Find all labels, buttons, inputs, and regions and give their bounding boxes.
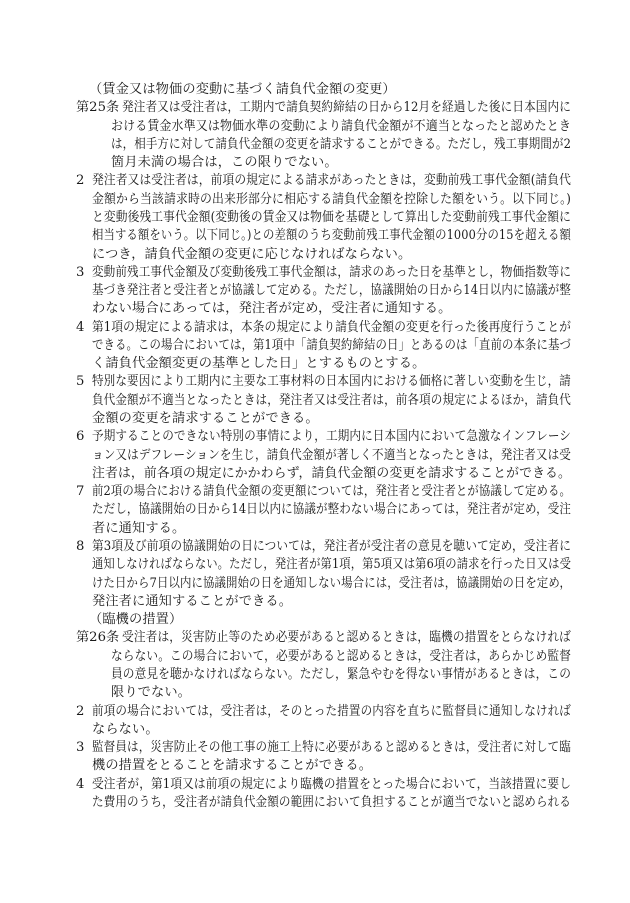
text-line: 相当する額をいう。以下同じ。)との差額のうち変動前残工事代金額の1000分の15… <box>92 227 571 245</box>
text-line: 前2項の場合における請負代金額の変更額については，発注者と受注者とが協議して定め… <box>92 483 571 501</box>
text-line: ならない。 <box>92 721 159 739</box>
text-line: けた日から7日以内に協議開始の日を通知しない場合には，受注者は，協議開始の日を定… <box>92 575 571 593</box>
text-line: おける賃金水準又は物価水準の変動により請負代金額が不適当となったと認めたとき <box>111 118 571 136</box>
paragraph-number: 5 <box>76 373 84 391</box>
text-line: 員の意見を聴かなければならない。ただし，緊急やむを得ない事情があるときは，この <box>111 666 571 684</box>
paragraph-number: 8 <box>76 538 84 556</box>
text-line: 第1項の規定による請求は，本条の規定により請負代金額の変更を行った後再度行うこと… <box>92 319 571 337</box>
article-number: 第25条 <box>76 99 119 117</box>
paragraph-number: 4 <box>76 776 84 794</box>
text-line: 監督員は，災害防止その他工事の施工上特に必要があると認めるときは，受注者に対して… <box>92 739 571 757</box>
text-line: 金額の変更を請求することができる。 <box>92 410 319 428</box>
document-page: （賃金又は物価の変動に基づく請負代金額の変更）第25条発注者又は受注者は，工期内… <box>0 0 630 903</box>
text-line: 特別な要因により工期内に主要な工事材料の日本国内における価格に著しい変動を生じ，… <box>92 373 571 391</box>
text-line: と変動後残工事代金額(変動後の賃金又は物価を基礎として算出した変動前残工事代金額… <box>92 209 571 227</box>
text-line: ただし，協議開始の日から14日以内に協議が整わない場合にあっては，発注者が定め，… <box>92 501 571 519</box>
text-line: 者に通知する。 <box>92 520 185 538</box>
paragraph-number: 2 <box>76 172 84 190</box>
text-line: 注者は，前各項の規定にかかわらず，請負代金額の変更を請求することができる。 <box>92 465 571 483</box>
text-line: できる。この場合においては，第1項中「請負契約締結の日」とあるのは「直前の本条に… <box>92 337 571 355</box>
text-line: ョン又はデフレーションを生じ，請負代金額が著しく不適当となったときは，発注者又は… <box>92 447 571 465</box>
text-line: 発注者又は受注者は，前項の規定による請求があったときは，変動前残工事代金額(請負… <box>92 172 571 190</box>
paragraph-number: 4 <box>76 319 84 337</box>
paragraph-number: 3 <box>76 264 84 282</box>
text-line: ならない。この場合において，必要があると認めるときは，受注者は，あらかじめ監督 <box>111 648 571 666</box>
text-line: た費用のうち，受注者が請負代金額の範囲において負担することが適当でないと認められ… <box>92 794 571 812</box>
text-line: 基づき発注者と受注者とが協議して定める。ただし，協議開始の日から14日以内に協議… <box>92 282 571 300</box>
article-number: 第26条 <box>76 629 119 647</box>
paragraph-number: 2 <box>76 703 84 721</box>
paragraph-number: 7 <box>76 483 84 501</box>
article-heading: （賃金又は物価の変動に基づく請負代金額の変更） <box>89 81 396 99</box>
paragraph-number: 6 <box>76 428 84 446</box>
text-line: 受注者は，災害防止等のため必要があると認めるときは，臨機の措置をとらなければ <box>122 629 571 647</box>
text-line: 変動前残工事代金額及び変動後残工事代金額は，請求のあった日を基準とし，物価指数等… <box>92 264 571 282</box>
text-line: 第3項及び前項の協議開始の日については，発注者が受注者の意見を聴いて定め，受注者… <box>92 538 571 556</box>
text-line: 限りでない。 <box>111 684 191 702</box>
text-line: 金額から当該請求時の出来形部分に相応する請負代金額を控除した額をいう。以下同じ。… <box>92 191 571 209</box>
text-line: につき，請負代金額の変更に応じなければならない。 <box>92 246 411 264</box>
text-line: わない場合にあっては，発注者が定め，受注者に通知する。 <box>92 300 451 318</box>
text-line: 機の措置をとることを請求することができる。 <box>92 757 372 775</box>
text-line: く請負代金額変更の基準とした日」とするものとする。 <box>92 355 425 373</box>
text-line: 予期することのできない特別の事情により，工期内に日本国内において急激なインフレー… <box>92 428 571 446</box>
text-line: は，相手方に対して請負代金額の変更を請求することができる。ただし，残工事期間が2 <box>111 136 571 154</box>
text-line: 発注者に通知することができる。 <box>92 593 292 611</box>
text-line: 受注者が，第1項又は前項の規定により臨機の措置をとった場合において，当該措置に要… <box>92 776 571 794</box>
article-heading: （臨機の措置） <box>89 611 182 629</box>
text-line: 箇月未満の場合は，この限りでない。 <box>111 154 338 172</box>
text-line: 発注者又は受注者は，工期内で請負契約締結の日から12月を経過した後に日本国内に <box>122 99 571 117</box>
text-line: 通知しなければならない。ただし，発注者が第1項，第5項又は第6項の請求を行った日… <box>92 556 571 574</box>
text-line: 前項の場合においては，受注者は，そのとった措置の内容を直ちに監督員に通知しなけれ… <box>92 703 571 721</box>
text-line: 負代金額が不適当となったときは，発注者又は受注者は，前各項の規定によるほか，請負… <box>92 392 571 410</box>
paragraph-number: 3 <box>76 739 84 757</box>
